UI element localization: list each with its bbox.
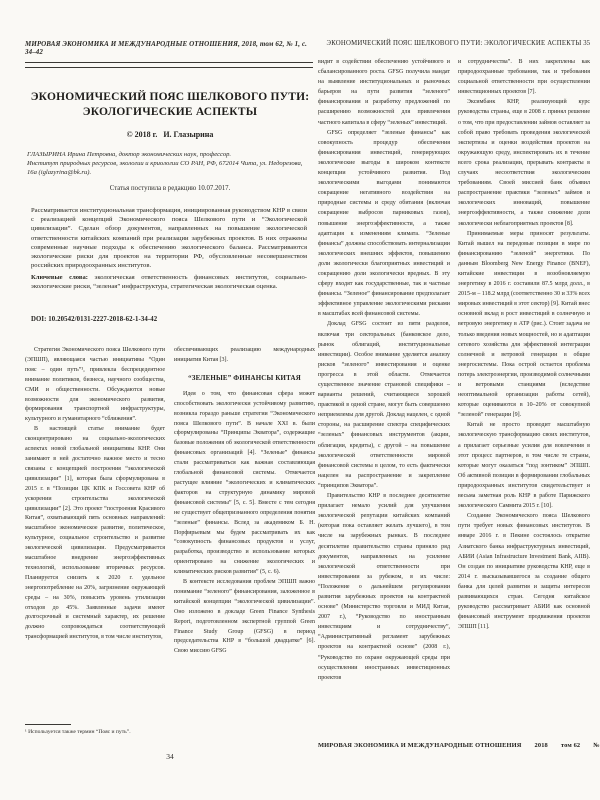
- article-title-line1: ЭКОНОМИЧЕСКИЙ ПОЯС ШЕЛКОВОГО ПУТИ:: [25, 90, 315, 105]
- keywords-block: Ключевые слова: экологическая ответствен…: [31, 273, 307, 291]
- paragraph: Доклад GFSG состоит из пяти разделов, вк…: [318, 319, 450, 491]
- footer-journal-title: МИРОВАЯ ЭКОНОМИКА И МЕЖДУНАРОДНЫЕ ОТНОШЕ…: [318, 742, 522, 749]
- footnote-block: ¹ Используется также термин “Пояс и путь…: [25, 724, 165, 736]
- paragraph: Идея о том, что финансовая сфера может с…: [174, 390, 315, 578]
- footer-volume: том 62: [561, 742, 580, 749]
- paragraph: Китай не просто проводит масштабную экол…: [458, 420, 590, 511]
- paragraph: Принимаемые меры приносят результаты. Ки…: [458, 229, 590, 421]
- column-text: Идея о том, что финансовая сфера может с…: [174, 390, 315, 657]
- paragraph: GFSG определяет “зеленые финансы” как со…: [318, 128, 450, 320]
- journal-footer: МИРОВАЯ ЭКОНОМИКА И МЕЖДУНАРОДНЫЕ ОТНОШЕ…: [318, 742, 590, 749]
- author-credentials: ГЛАЗЫРИНА Ирина Петровна, доктор экономи…: [27, 150, 311, 159]
- paragraph-continuation: и сотрудничества”. В них закреплены как …: [458, 57, 590, 97]
- header-double-rule: [25, 62, 313, 68]
- page-35: ЭКОНОМИЧЕСКИЙ ПОЯС ШЕЛКОВОГО ПУТИ: ЭКОЛО…: [318, 36, 590, 776]
- column-text: Стратегия Экономического пояса Шелкового…: [25, 346, 165, 698]
- page-35-column-2: и сотрудничества”. В них закреплены как …: [458, 57, 590, 735]
- section-heading-green-finance: “ЗЕЛЕНЫЕ” ФИНАНСЫ КИТАЯ: [174, 375, 315, 382]
- paragraph: Эксимбанк КНР, реализующий курс руководс…: [458, 97, 590, 228]
- journal-spread-scan: МИРОВАЯ ЭКОНОМИКА И МЕЖДУНАРОДНЫЕ ОТНОШЕ…: [0, 0, 600, 800]
- running-head-article-title: ЭКОНОМИЧЕСКИЙ ПОЯС ШЕЛКОВОГО ПУТИ: ЭКОЛО…: [318, 40, 590, 47]
- page-34-column-2: обеспечивающих реализацию международных …: [174, 346, 315, 776]
- paragraph: В контексте исследования проблем ЭПШП ва…: [174, 578, 315, 657]
- received-date-line: Статья поступила в редакцию 10.07.2017.: [25, 185, 315, 192]
- article-title-line2: ЭКОЛОГИЧЕСКИЕ АСПЕКТЫ: [25, 105, 315, 120]
- footnote-rule: [25, 724, 71, 725]
- paragraph-continuation: обеспечивающих реализацию международных …: [174, 346, 315, 366]
- footnote-text: ¹ Используется также термин “Пояс и путь…: [25, 728, 165, 736]
- page-35-columns: видит в содействии обеспечению устойчиво…: [318, 57, 590, 735]
- paragraph: Стратегия Экономического пояса Шелкового…: [25, 346, 165, 425]
- doi-line: DOI: 10.20542/0131-2227-2018-62-1-34-42: [31, 316, 307, 323]
- footer-year: 2018: [535, 742, 548, 749]
- page-number-34: 34: [25, 752, 315, 761]
- keywords-label: Ключевые слова:: [31, 274, 88, 281]
- footer-issue: № 1: [593, 742, 600, 749]
- page-35-column-1: видит в содействии обеспечению устойчиво…: [318, 57, 450, 735]
- paragraph-continuation: видит в содействии обеспечению устойчиво…: [318, 57, 450, 128]
- paragraph: В настоящей статье внимание будет сконце…: [25, 425, 165, 643]
- page-34-column-1: Стратегия Экономического пояса Шелкового…: [25, 346, 165, 754]
- paragraph: Правительство КНР в последнее десятилети…: [318, 491, 450, 683]
- author-affiliation-block: ГЛАЗЫРИНА Ирина Петровна, доктор экономи…: [27, 150, 311, 177]
- page-34-columns: Стратегия Экономического пояса Шелкового…: [25, 346, 315, 754]
- column-text: GFSG определяет “зеленые финансы” как со…: [318, 128, 450, 683]
- page-number-35: 35: [583, 40, 590, 47]
- author-institute: Институт природных ресурсов, экологии и …: [27, 159, 311, 177]
- journal-citation-line: МИРОВАЯ ЭКОНОМИКА И МЕЖДУНАРОДНЫЕ ОТНОШЕ…: [25, 40, 315, 56]
- paragraph: Создание Экономического пояса Шелкового …: [458, 511, 590, 632]
- article-title: ЭКОНОМИЧЕСКИЙ ПОЯС ШЕЛКОВОГО ПУТИ: ЭКОЛО…: [25, 90, 315, 119]
- column-text: Эксимбанк КНР, реализующий курс руководс…: [458, 97, 590, 632]
- abstract: Рассматривается институциональная трансф…: [31, 206, 307, 270]
- page-34: МИРОВАЯ ЭКОНОМИКА И МЕЖДУНАРОДНЫЕ ОТНОШЕ…: [25, 36, 315, 776]
- copyright-author-line: © 2018 г. И. Глазырина: [25, 130, 315, 139]
